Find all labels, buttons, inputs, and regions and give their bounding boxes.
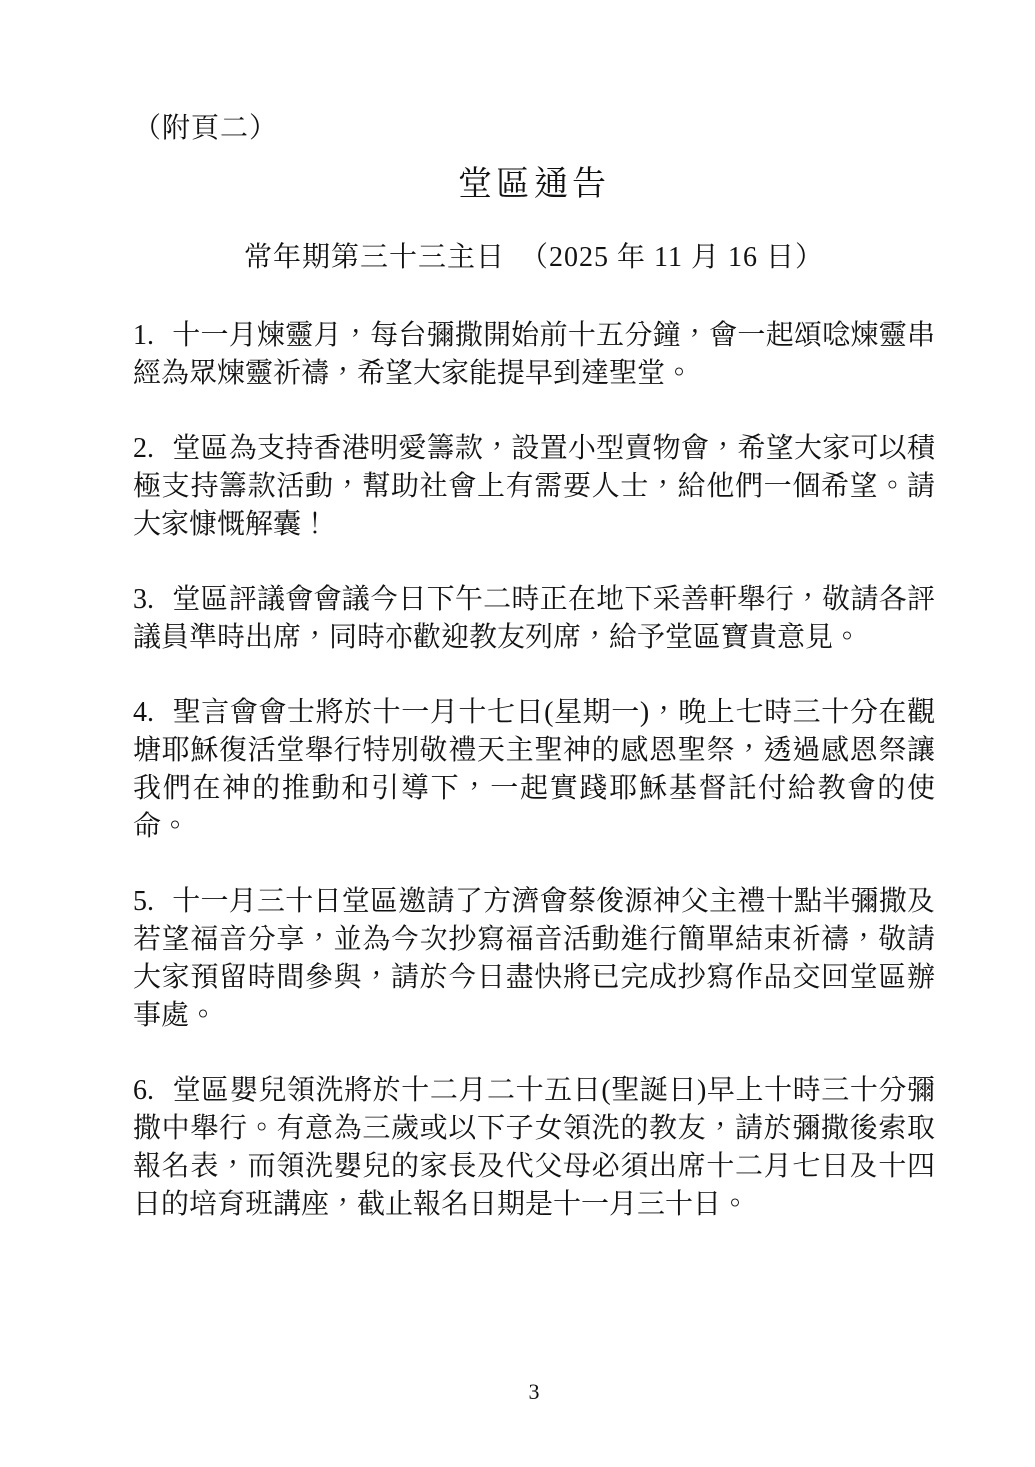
page-number: 3: [133, 1379, 935, 1405]
announcement-number: 4.: [133, 694, 154, 732]
document-page: （附頁二） 堂區通告 常年期第三十三主日 （2025 年 11 月 16 日） …: [0, 0, 1035, 1467]
attachment-label: （附頁二）: [133, 112, 935, 146]
announcement-number: 3.: [133, 581, 154, 619]
announcement-item-3: 3.堂區評議會會議今日下午二時正在地下采善軒舉行，敬請各評議員準時出席，同時亦歡…: [133, 581, 935, 657]
announcement-text: 十一月煉靈月，每台彌撒開始前十五分鐘，會一起頌唸煉靈串經為眾煉靈祈禱，希望大家能…: [133, 320, 935, 389]
announcement-item-2: 2.堂區為支持香港明愛籌款，設置小型賣物會，希望大家可以積極支持籌款活動，幫助社…: [133, 430, 935, 544]
announcement-item-4: 4.聖言會會士將於十一月十七日(星期一)，晚上七時三十分在觀塘耶穌復活堂舉行特別…: [133, 694, 935, 846]
announcement-text: 堂區嬰兒領洗將於十二月二十五日(聖誕日)早上十時三十分彌撒中舉行。有意為三歲或以…: [133, 1075, 935, 1220]
announcement-text: 堂區評議會會議今日下午二時正在地下采善軒舉行，敬請各評議員準時出席，同時亦歡迎教…: [133, 584, 935, 653]
page-content: （附頁二） 堂區通告 常年期第三十三主日 （2025 年 11 月 16 日） …: [0, 0, 1035, 1224]
page-subtitle: 常年期第三十三主日 （2025 年 11 月 16 日）: [133, 239, 935, 277]
page-title: 堂區通告: [133, 163, 935, 207]
announcement-number: 1.: [133, 317, 154, 355]
announcement-number: 2.: [133, 430, 154, 468]
announcement-list: 1.十一月煉靈月，每台彌撒開始前十五分鐘，會一起頌唸煉靈串經為眾煉靈祈禱，希望大…: [133, 317, 935, 1224]
announcement-text: 堂區為支持香港明愛籌款，設置小型賣物會，希望大家可以積極支持籌款活動，幫助社會上…: [133, 433, 935, 540]
announcement-text: 十一月三十日堂區邀請了方濟會蔡俊源神父主禮十點半彌撒及若望福音分享，並為今次抄寫…: [133, 886, 935, 1031]
announcement-item-6: 6.堂區嬰兒領洗將於十二月二十五日(聖誕日)早上十時三十分彌撒中舉行。有意為三歲…: [133, 1072, 935, 1224]
announcement-item-1: 1.十一月煉靈月，每台彌撒開始前十五分鐘，會一起頌唸煉靈串經為眾煉靈祈禱，希望大…: [133, 317, 935, 393]
announcement-number: 6.: [133, 1072, 154, 1110]
announcement-item-5: 5.十一月三十日堂區邀請了方濟會蔡俊源神父主禮十點半彌撒及若望福音分享，並為今次…: [133, 883, 935, 1035]
announcement-text: 聖言會會士將於十一月十七日(星期一)，晚上七時三十分在觀塘耶穌復活堂舉行特別敬禮…: [133, 697, 935, 842]
announcement-number: 5.: [133, 883, 154, 921]
